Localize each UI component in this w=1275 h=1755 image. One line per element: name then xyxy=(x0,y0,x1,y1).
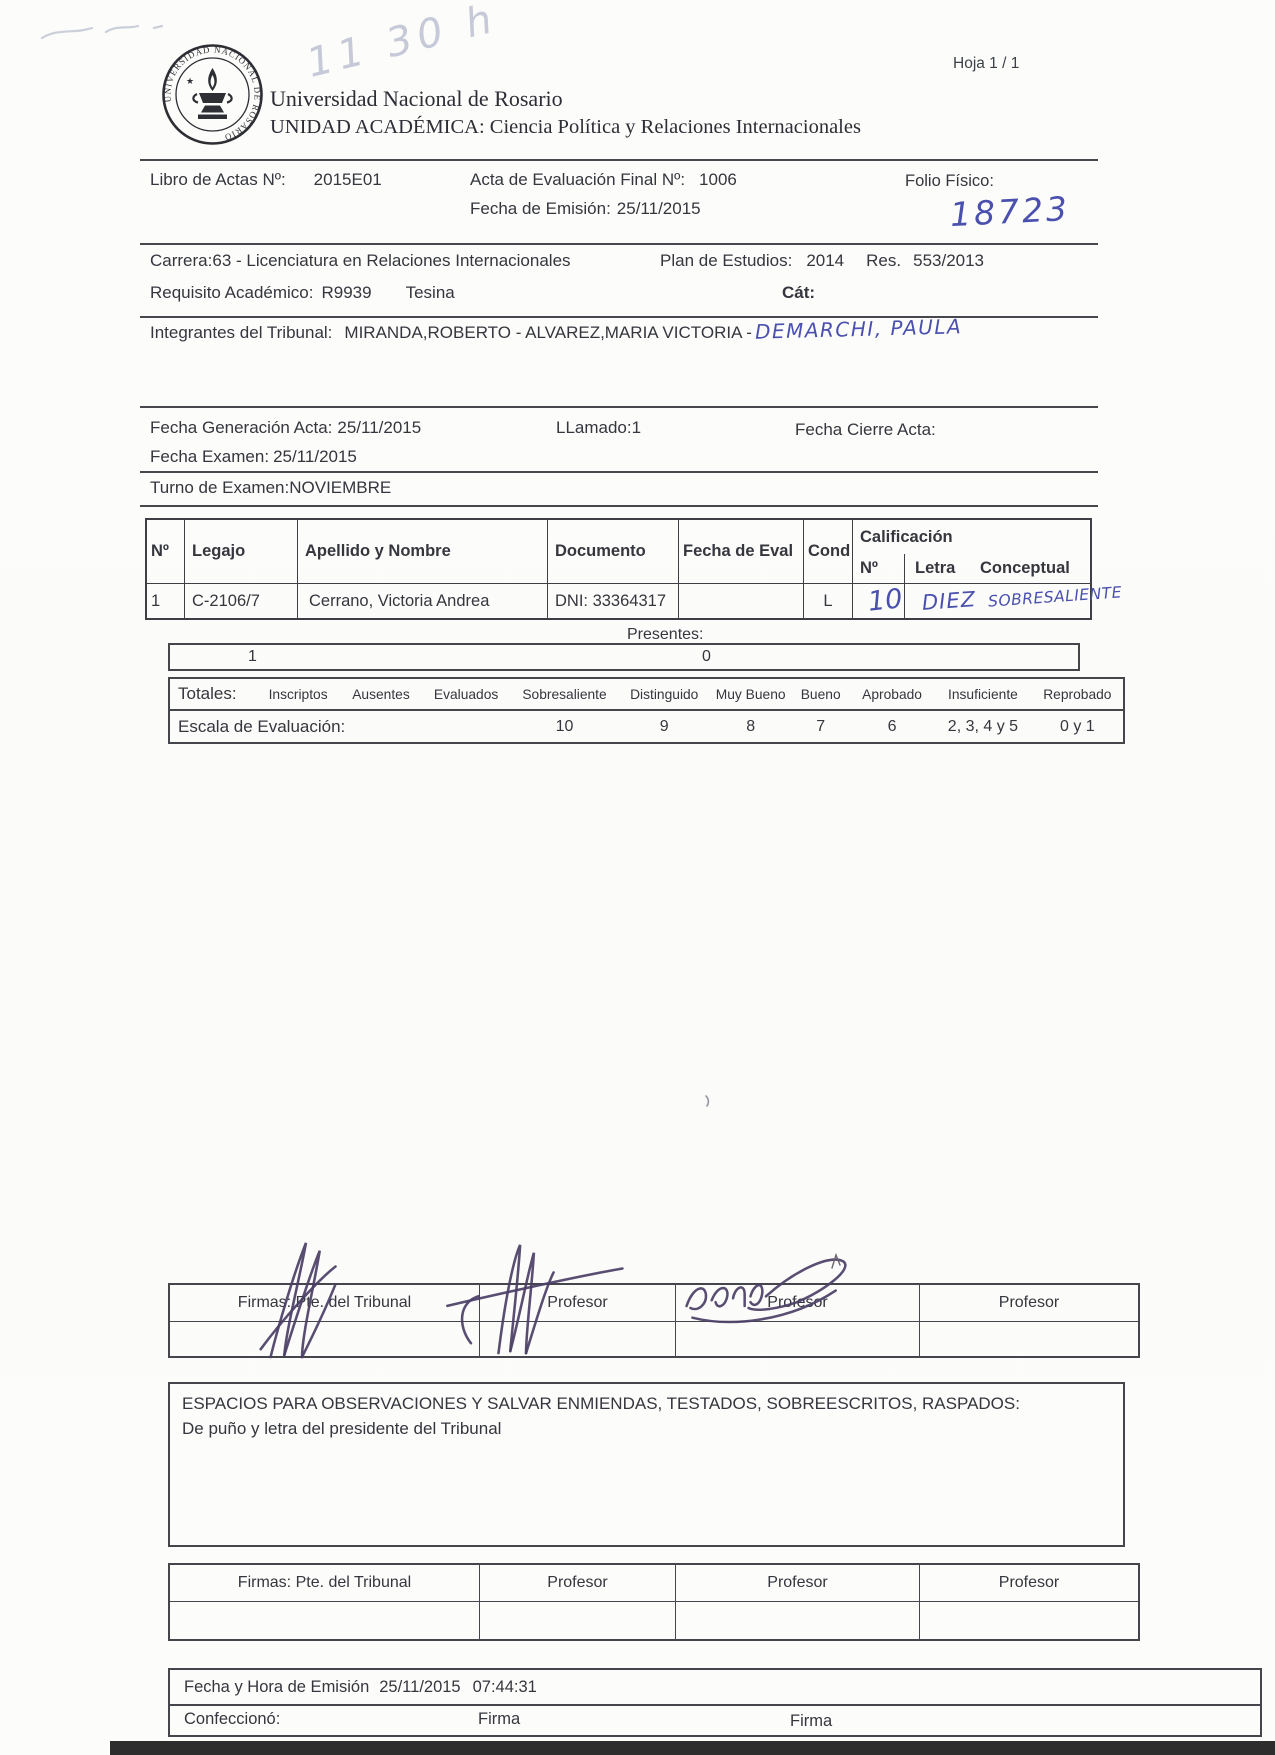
totales-cat: Muy Bueno xyxy=(710,687,792,702)
totales-label: Totales: xyxy=(170,684,256,704)
subcol-header-calif-n: Nº xyxy=(853,554,905,583)
carrera-value: 63 - Licenciatura en Relaciones Internac… xyxy=(212,251,570,271)
observaciones-line1: ESPACIOS PARA OBSERVACIONES Y SALVAR ENM… xyxy=(182,1392,1113,1417)
firmas-profesor-label: Profesor xyxy=(480,1565,676,1602)
requisito-name: Tesina xyxy=(406,283,455,303)
acta-final-value: 1006 xyxy=(699,170,737,190)
totales-row: Totales: Inscriptos Ausentes Evaluados S… xyxy=(170,679,1123,711)
fecha-generacion-value: 25/11/2015 xyxy=(337,418,421,438)
signature-president xyxy=(240,1233,370,1361)
col-header-nombre: Apellido y Nombre xyxy=(298,520,548,583)
col-header-n: Nº xyxy=(147,520,185,583)
totales-cat: Bueno xyxy=(791,687,850,702)
firmas-profesor-label: Profesor xyxy=(676,1565,920,1602)
divider xyxy=(140,471,1098,473)
emission-datetime-label: Fecha y Hora de Emisión xyxy=(184,1678,369,1697)
tribunal-label: Integrantes del Tribunal: xyxy=(150,323,332,343)
escala-label: Escala de Evaluación: xyxy=(170,717,510,737)
folio-handwritten: 18723 xyxy=(949,189,1071,234)
firma-cell-empty xyxy=(920,1322,1138,1356)
libro-actas-label: Libro de Actas Nº: xyxy=(150,170,286,190)
turno-examen-value: NOVIEMBRE xyxy=(289,478,391,498)
tribunal-member-handwritten: DEMARCHI, PAULA xyxy=(755,314,963,343)
fecha-emision-value: 25/11/2015 xyxy=(617,199,701,219)
col-header-documento: Documento xyxy=(548,520,679,583)
lamp-icon xyxy=(193,68,231,119)
scanned-acta-page: 11 30 h Hoja 1 / 1 UNIVERSIDAD NACIONAL … xyxy=(0,0,1275,1755)
confecciono-label: Confeccionó: xyxy=(184,1710,280,1729)
university-seal: UNIVERSIDAD NACIONAL DE ROSARIO ★ xyxy=(160,42,265,147)
escala-value: 10 xyxy=(510,718,618,736)
observaciones-box: ESPACIOS PARA OBSERVACIONES Y SALVAR ENM… xyxy=(168,1382,1125,1547)
totales-cat: Distinguido xyxy=(619,687,710,702)
col-header-legajo: Legajo xyxy=(185,520,298,583)
catedra-label: Cát: xyxy=(782,283,815,303)
col-header-cond: Cond xyxy=(804,520,853,583)
pencil-tick xyxy=(702,1094,714,1108)
cell-cond: L xyxy=(804,583,853,618)
subcol-header-calif-conceptual: Conceptual xyxy=(978,554,1090,583)
totales-cat: Insuficiente xyxy=(934,687,1032,702)
firma-cell-empty xyxy=(920,1602,1138,1639)
firma-label: Firma xyxy=(478,1710,520,1729)
grade-number-handwritten: 10 xyxy=(866,583,903,617)
totales-cat: Evaluados xyxy=(422,687,511,702)
col-header-fecha-eval: Fecha de Eval xyxy=(679,520,804,583)
resolucion-value: 553/2013 xyxy=(913,251,984,271)
escala-value: 7 xyxy=(791,718,850,736)
fecha-emision-label: Fecha de Emisión: xyxy=(470,199,611,219)
pencil-time-note: 11 30 h xyxy=(302,0,502,87)
requisito-label: Requisito Académico: xyxy=(150,283,313,303)
fecha-examen-value: 25/11/2015 xyxy=(273,447,357,467)
escala-value: 8 xyxy=(710,718,792,736)
subcol-header-calif-letra: Letra xyxy=(905,554,978,583)
emission-date-value: 25/11/2015 xyxy=(379,1678,460,1697)
cell-nombre: Cerrano, Victoria Andrea xyxy=(298,583,548,618)
folio-fisico-label: Folio Físico: xyxy=(905,172,994,191)
fecha-cierre-label: Fecha Cierre Acta: xyxy=(795,420,936,440)
escala-row: Escala de Evaluación: 10 9 8 7 6 2, 3, 4… xyxy=(170,711,1123,742)
divider xyxy=(140,243,1098,245)
totales-cat: Reprobado xyxy=(1032,687,1123,702)
libro-actas-value: 2015E01 xyxy=(314,170,382,190)
divider xyxy=(140,505,1098,507)
presentes-left-value: 1 xyxy=(170,645,335,669)
totales-cat: Ausentes xyxy=(340,687,422,702)
firma-label: Firma xyxy=(790,1712,832,1731)
firma-cell-empty xyxy=(676,1602,920,1639)
plan-estudios-label: Plan de Estudios: xyxy=(660,251,792,271)
presentes-label: Presentes: xyxy=(627,626,703,644)
totales-cat: Sobresaliente xyxy=(510,687,618,702)
totales-cat: Aprobado xyxy=(850,687,934,702)
divider xyxy=(140,159,1098,161)
seal-star-icon: ★ xyxy=(186,76,194,86)
requisito-code: R9939 xyxy=(321,283,371,303)
firmas-presidente-label: Firmas: Pte. del Tribunal xyxy=(170,1565,480,1602)
emission-time-value: 07:44:31 xyxy=(473,1678,537,1697)
sheet-number: Hoja 1 / 1 xyxy=(953,55,1019,73)
totales-escala-box: Totales: Inscriptos Ausentes Evaluados S… xyxy=(168,677,1125,744)
col-header-calificacion: Calificación xyxy=(853,520,1090,554)
escala-value: 2, 3, 4 y 5 xyxy=(934,718,1032,736)
grade-letter-handwritten: DIEZ xyxy=(921,587,977,615)
fecha-examen-label: Fecha Examen: xyxy=(150,447,269,467)
firma-cell-empty xyxy=(170,1602,480,1639)
carrera-label: Carrera: xyxy=(150,251,212,271)
escala-value: 0 y 1 xyxy=(1032,718,1123,736)
escala-value: 6 xyxy=(850,718,934,736)
firmas-table-2: Firmas: Pte. del Tribunal Profesor Profe… xyxy=(168,1563,1140,1641)
cell-fecha-eval xyxy=(679,583,804,618)
acta-final-label: Acta de Evaluación Final Nº: xyxy=(470,170,685,190)
university-name: Universidad Nacional de Rosario xyxy=(270,86,563,112)
turno-examen-label: Turno de Examen: xyxy=(150,478,289,498)
firmas-profesor-label: Profesor xyxy=(920,1565,1138,1602)
emission-box: Fecha y Hora de Emisión 25/11/2015 07:44… xyxy=(168,1668,1262,1737)
firma-cell-empty xyxy=(480,1602,676,1639)
scan-artifact-strip xyxy=(110,1741,1275,1755)
llamado-value: 1 xyxy=(632,418,641,438)
resolucion-label: Res. xyxy=(866,251,901,271)
plan-estudios-value: 2014 xyxy=(806,251,844,271)
totales-cat: Inscriptos xyxy=(256,687,340,702)
tribunal-members-printed: MIRANDA,ROBERTO - ALVAREZ,MARIA VICTORIA… xyxy=(344,323,751,343)
fecha-generacion-label: Fecha Generación Acta: xyxy=(150,418,332,438)
signature-professor-2 xyxy=(428,1237,628,1360)
stray-pen-mark xyxy=(828,1252,844,1270)
pencil-scribble xyxy=(36,20,166,46)
llamado-label: LLamado: xyxy=(556,418,632,438)
presentes-box: 1 0 xyxy=(168,643,1080,671)
cell-legajo: C-2106/7 xyxy=(185,583,298,618)
academic-unit: UNIDAD ACADÉMICA: Ciencia Política y Rel… xyxy=(270,116,861,139)
cell-n: 1 xyxy=(147,583,185,618)
escala-value: 9 xyxy=(619,718,710,736)
cell-documento: DNI: 33364317 xyxy=(548,583,679,618)
divider xyxy=(140,406,1098,408)
observaciones-line2: De puño y letra del presidente del Tribu… xyxy=(182,1417,1113,1442)
presentes-right-value: 0 xyxy=(335,645,1078,669)
firmas-profesor-label: Profesor xyxy=(920,1285,1138,1322)
